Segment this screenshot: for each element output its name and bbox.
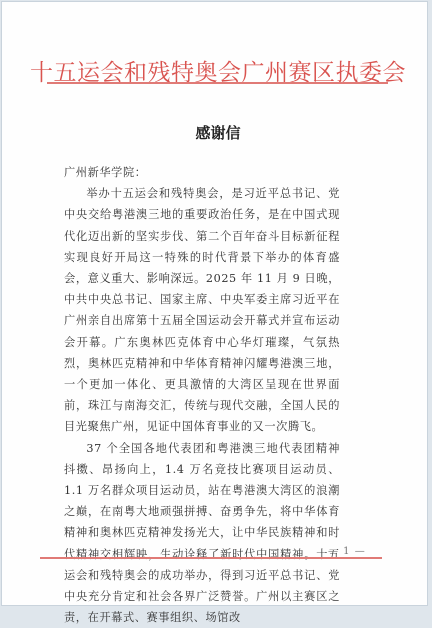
page-number: — 1 — xyxy=(328,546,366,557)
letter-body: 广州新华学院： 举办十五运会和残特奥会，是习近平总书记、党中央交给粤港澳三地的重… xyxy=(64,162,340,610)
document-page: 十五运会和残特奥会广州赛区执委会 感谢信 广州新华学院： 举办十五运会和残特奥会… xyxy=(1,1,428,606)
salutation: 广州新华学院： xyxy=(64,162,340,183)
paragraph: 37 个全国各地代表团和粤港澳三地代表团精神抖擞、昂扬向上，1.4 万名竞技比赛… xyxy=(64,438,340,610)
footer-rule xyxy=(40,557,382,559)
document-title: 感谢信 xyxy=(2,122,432,143)
letterhead-rule xyxy=(47,82,388,84)
paragraph: 举办十五运会和残特奥会，是习近平总书记、党中央交给粤港澳三地的重要政治任务，是在… xyxy=(64,183,340,437)
